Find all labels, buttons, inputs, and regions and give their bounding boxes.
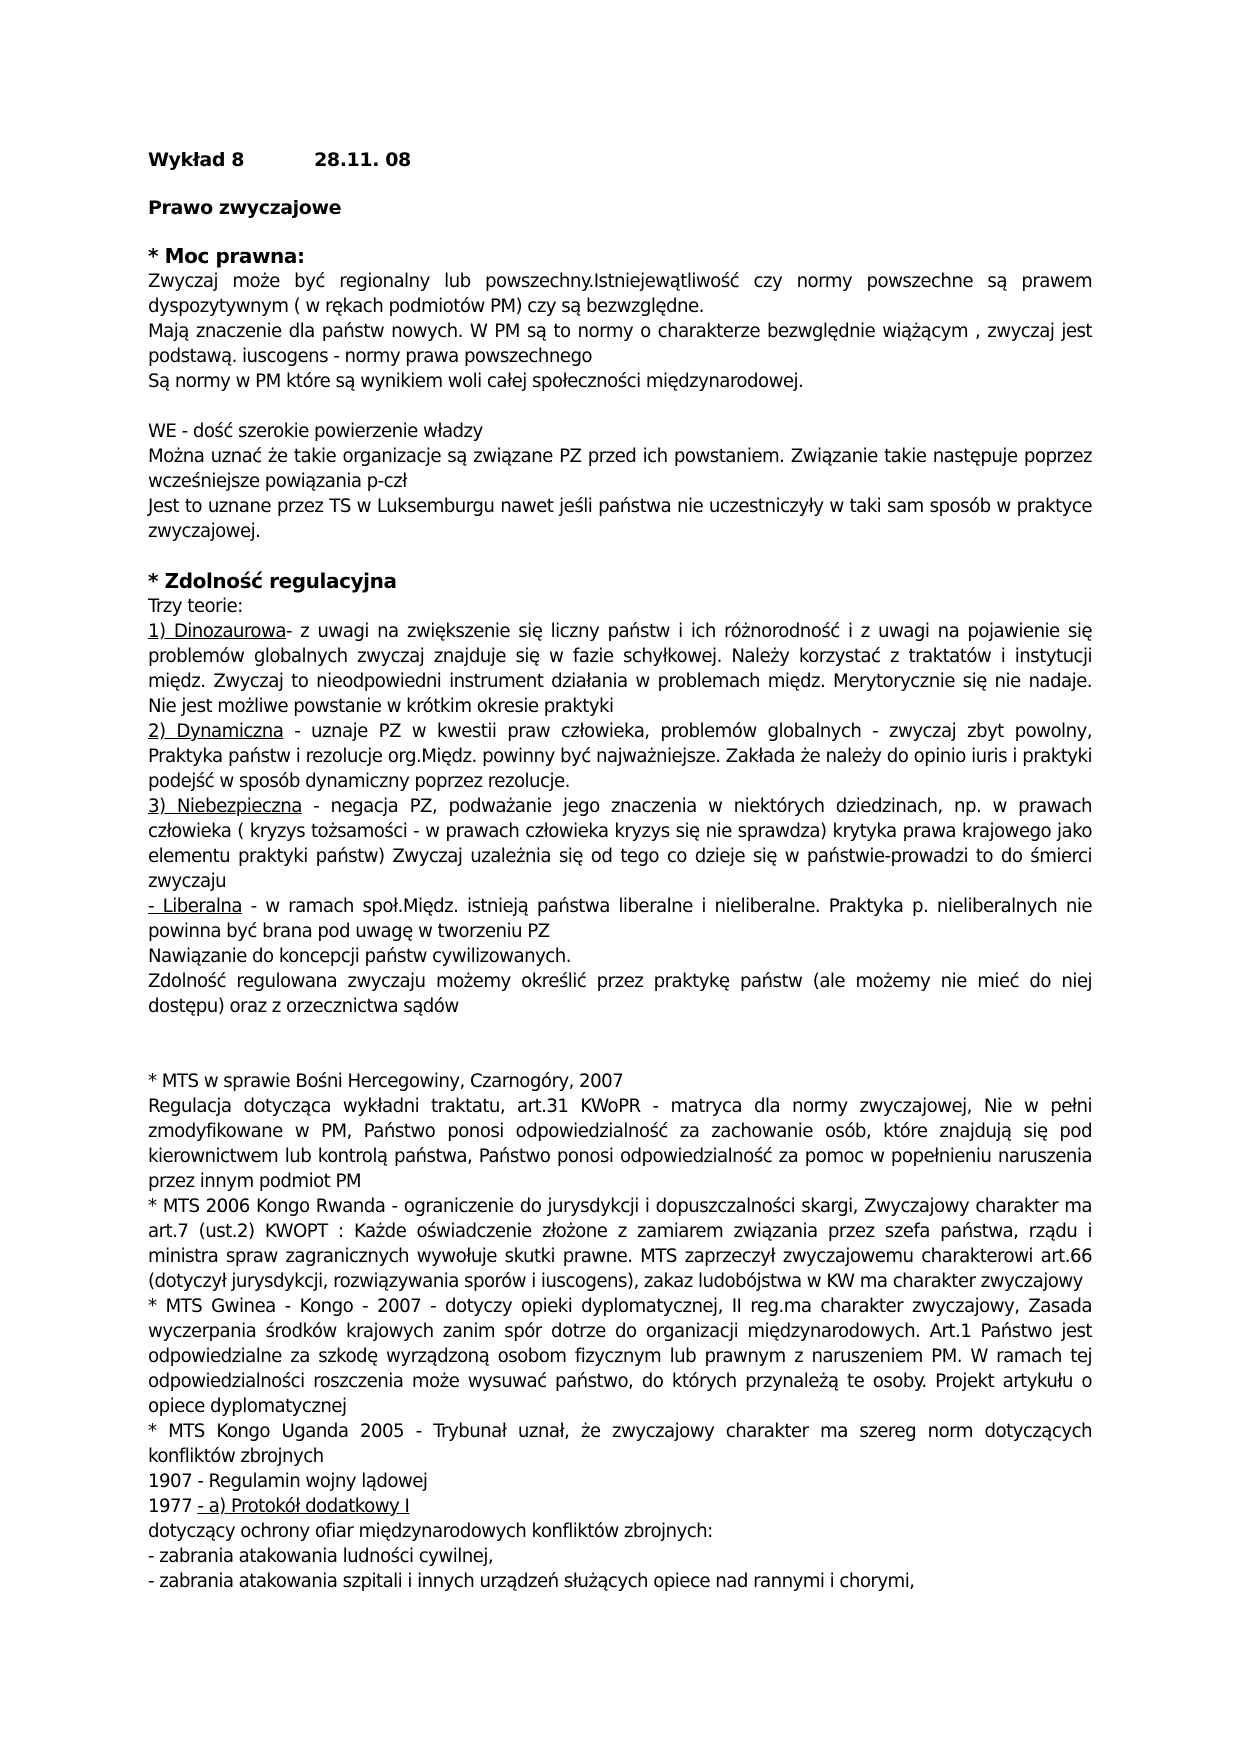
case-kongo-uganda: * MTS Kongo Uganda 2005 - Trybunał uznał… [148, 1419, 1092, 1469]
year-1977: 1977 - a) Protokół dodatkowy I [148, 1494, 1092, 1519]
paragraph: Trzy teorie: [148, 594, 1092, 619]
paragraph: Zdolność regulowana zwyczaju możemy okre… [148, 969, 1092, 1019]
protocol-description: dotyczący ochrony ofiar międzynarodowych… [148, 1519, 1092, 1544]
paragraph: Nawiązanie do koncepcji państw cywilizow… [148, 944, 1092, 969]
theory-niebezpieczna: 3) Niebezpieczna - negacja PZ, podważani… [148, 794, 1092, 894]
theory-label: - Liberalna [148, 896, 242, 917]
document-title: Prawo zwyczajowe [148, 196, 1092, 221]
lecture-date: 28.11. 08 [314, 148, 411, 173]
lecture-header: Wykład 828.11. 08 [148, 148, 1092, 173]
section-title-moc-prawna: * Moc prawna: [148, 244, 1092, 269]
paragraph: Zwyczaj może być regionalny lub powszech… [148, 269, 1092, 319]
section-title-zdolnosc: * Zdolność regulacyjna [148, 569, 1092, 594]
paragraph: Są normy w PM które są wynikiem woli cał… [148, 369, 1092, 394]
theory-text: - z uwagi na zwiększenie się liczny pańs… [148, 621, 1092, 717]
paragraph: Jest to uznane przez TS w Luksemburgu na… [148, 494, 1092, 544]
paragraph: Można uznać że takie organizacje są zwią… [148, 444, 1092, 494]
lecture-number: Wykład 8 [148, 149, 244, 171]
year-1977-prefix: 1977 [148, 1496, 197, 1517]
theory-text: - w ramach społ.Międz. istnieją państwa … [148, 896, 1092, 942]
case-gwinea-kongo: * MTS Gwinea - Kongo - 2007 - dotyczy op… [148, 1294, 1092, 1419]
document-page: Wykład 828.11. 08 Prawo zwyczajowe * Moc… [148, 148, 1092, 1594]
protocol-title: - a) Protokół dodatkowy I [197, 1496, 409, 1517]
theory-label: 2) Dynamiczna [148, 721, 283, 742]
bullet-item: - zabrania atakowania ludności cywilnej, [148, 1544, 1092, 1569]
theory-liberalna: - Liberalna - w ramach społ.Międz. istni… [148, 894, 1092, 944]
case-bosnia-text: Regulacja dotycząca wykładni traktatu, a… [148, 1094, 1092, 1194]
theory-dinozaurowa: 1) Dinozaurowa- z uwagi na zwiększenie s… [148, 619, 1092, 719]
case-bosnia-title: * MTS w sprawie Bośni Hercegowiny, Czarn… [148, 1069, 1092, 1094]
paragraph: WE - dość szerokie powierzenie władzy [148, 419, 1092, 444]
paragraph: Mają znaczenie dla państw nowych. W PM s… [148, 319, 1092, 369]
theory-dynamiczna: 2) Dynamiczna - uznaje PZ w kwestii praw… [148, 719, 1092, 794]
bullet-item: - zabrania atakowania szpitali i innych … [148, 1569, 1092, 1594]
year-1907: 1907 - Regulamin wojny lądowej [148, 1469, 1092, 1494]
theory-text: - uznaje PZ w kwestii praw człowieka, pr… [148, 721, 1092, 792]
theory-label: 1) Dinozaurowa [148, 621, 286, 642]
case-kongo-rwanda: * MTS 2006 Kongo Rwanda - ograniczenie d… [148, 1194, 1092, 1294]
theory-label: 3) Niebezpieczna [148, 796, 302, 817]
